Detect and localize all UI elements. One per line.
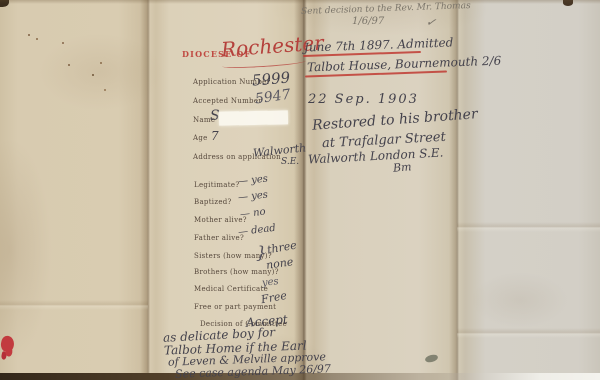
name-redaction-box [219,110,288,125]
field-value-medical-certificate: yes [261,276,279,289]
field-value-age: 7 [211,129,219,143]
field-label-baptized: Baptized? [194,198,232,206]
restored-date: 22 Sep. 1903 [308,92,419,107]
blank-left-page [0,0,148,380]
scanned-admission-document: DIOCESE OF Rochester Application Number … [0,0,600,380]
field-label-accepted-number: Accepted Number [193,97,262,105]
field-value-address-line2: S.E. [281,157,299,167]
field-label-mother-alive: Mother alive? [194,216,247,224]
field-label-father-alive: Father alive? [194,234,244,242]
pencil-note-date: 1/6/97 [352,16,384,27]
edge-stain [563,0,573,6]
field-label-medical-certificate: Medical Certificate [194,285,268,293]
foxing-spots [28,34,30,36]
field-label-age: Age [193,134,208,142]
field-label-legitimate: Legitimate? [194,181,239,189]
clerk-initials: Bm [392,160,412,175]
